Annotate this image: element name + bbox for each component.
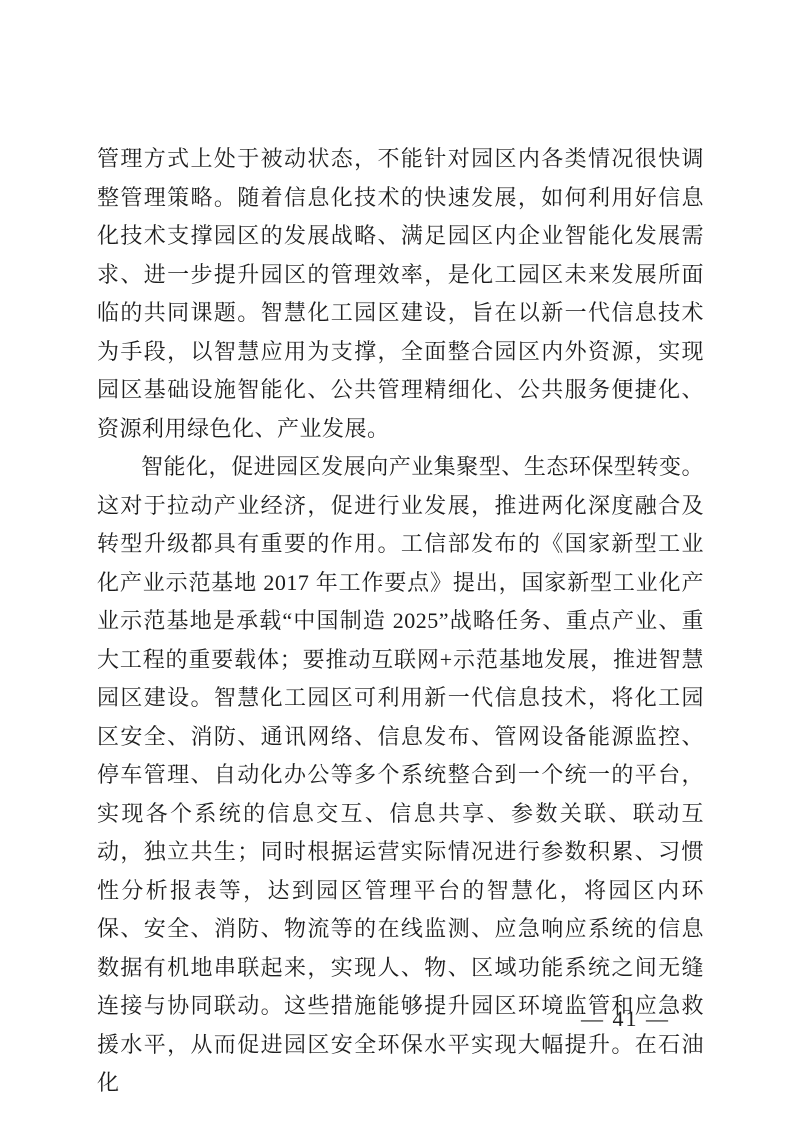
document-page: 管理方式上处于被动状态，不能针对园区内各类情况很快调整管理策略。随着信息化技术的… xyxy=(0,0,794,1122)
body-text: 管理方式上处于被动状态，不能针对园区内各类情况很快调整管理策略。随着信息化技术的… xyxy=(97,140,704,1103)
paragraph-continuation: 管理方式上处于被动状态，不能针对园区内各类情况很快调整管理策略。随着信息化技术的… xyxy=(97,140,704,448)
page-number: — 41 — xyxy=(581,1004,670,1034)
